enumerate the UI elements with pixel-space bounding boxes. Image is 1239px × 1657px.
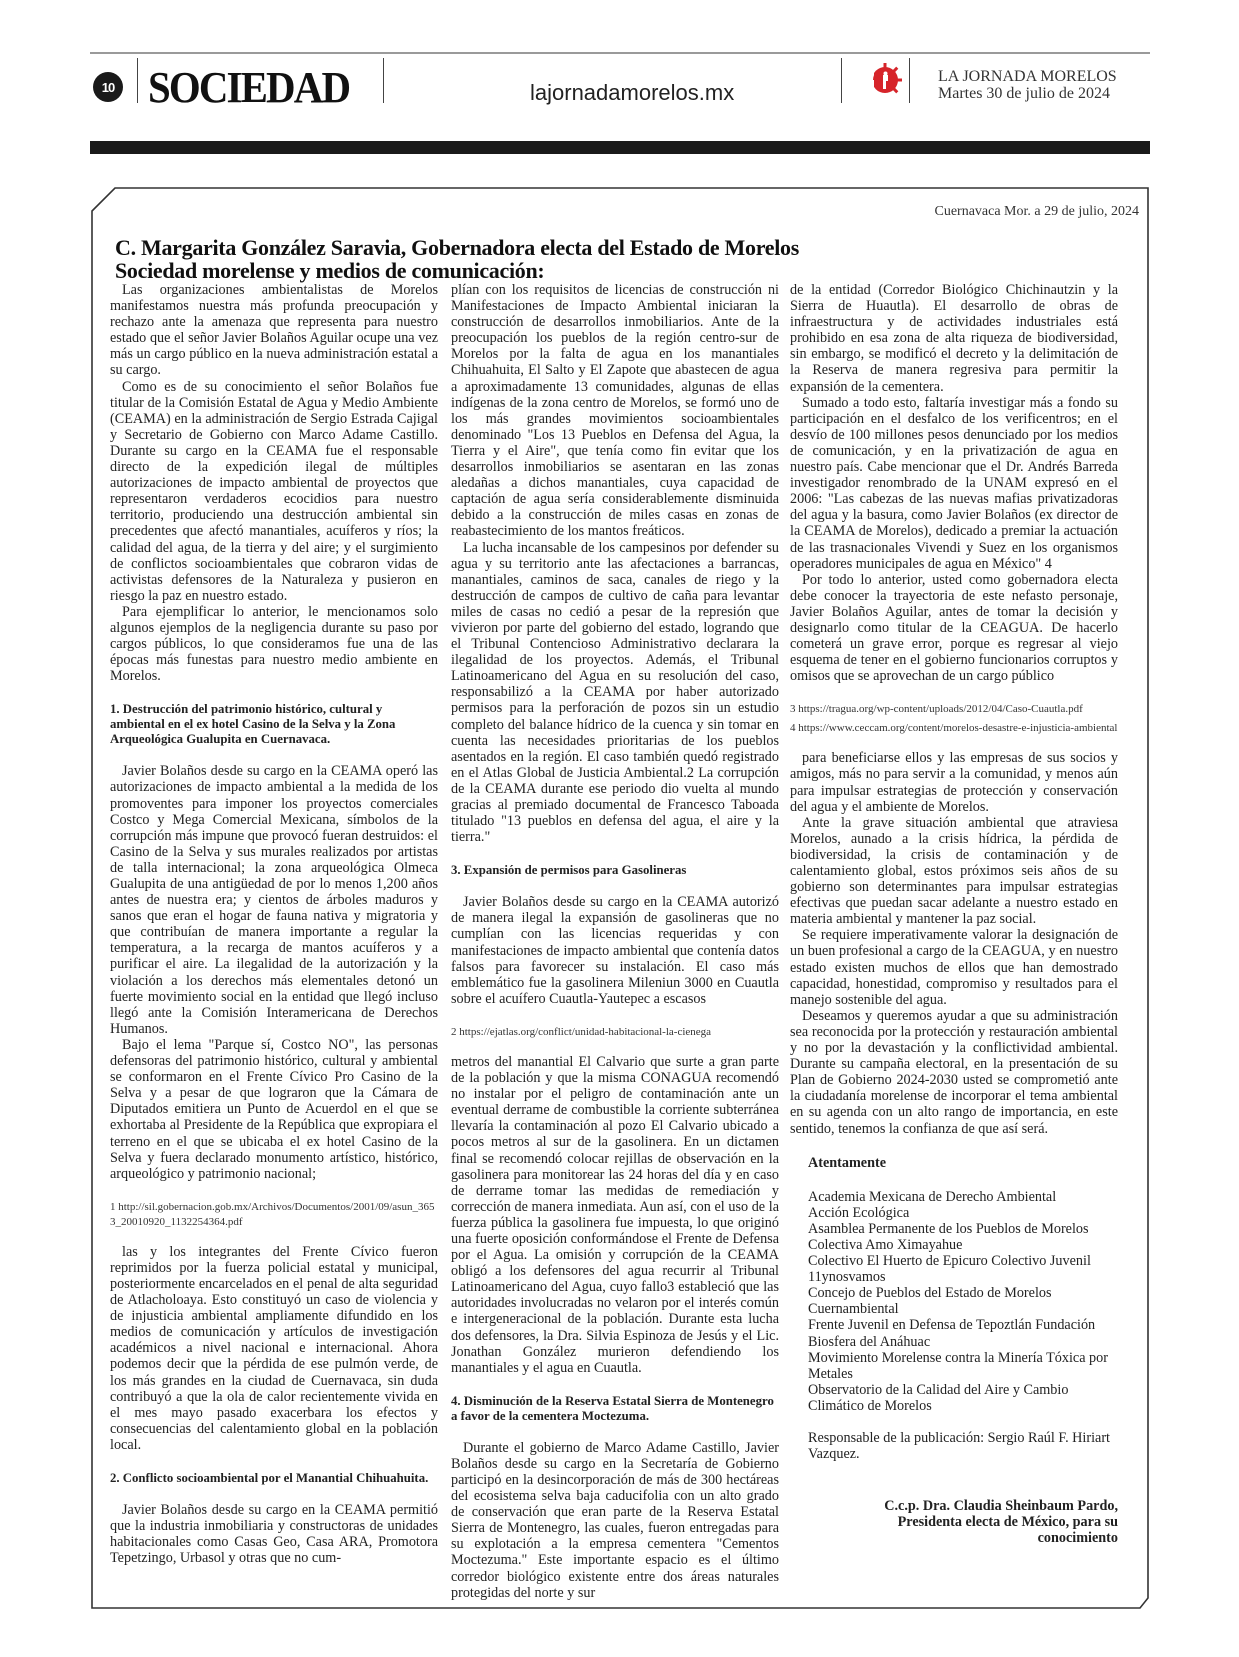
signatory: Frente Juvenil en Defensa de Tepoztlán F… (808, 1317, 1118, 1349)
header-divider (137, 58, 138, 103)
signatory: Movimiento Morelense contra la Minería T… (808, 1350, 1118, 1382)
signatory: Asamblea Permanente de los Pueblos de Mo… (808, 1221, 1118, 1253)
paragraph: Javier Bolaños desde su cargo en la CEAM… (110, 1502, 438, 1566)
header-divider (909, 58, 910, 103)
paragraph: Para ejemplificar lo anterior, le mencio… (110, 604, 438, 684)
paragraph: Las organizaciones ambientalistas de Mor… (110, 282, 438, 379)
text-column-2: plían con los requisitos de licencias de… (451, 282, 779, 1601)
footnote-1: 1 http://sil.gobernacion.gob.mx/Archivos… (110, 1200, 438, 1230)
paragraph: Javier Bolaños desde su cargo en la CEAM… (110, 763, 438, 1037)
signature-block: Atentamente Academia Mexicana de Derecho… (790, 1155, 1118, 1463)
signatory: Colectivo El Huerto de Epicuro Colectivo… (808, 1253, 1118, 1285)
paragraph: Como es de su conocimiento el señor Bola… (110, 379, 438, 604)
header-divider (841, 58, 842, 103)
paragraph: Por todo lo anterior, usted como goberna… (790, 572, 1118, 685)
brand-name: LA JORNADA MORELOS (938, 68, 1117, 85)
paragraph: La lucha incansable de los campesinos po… (451, 540, 779, 846)
subheading-2: 2. Conflicto socioambiental por el Manan… (110, 1471, 438, 1486)
jornada-logo-icon (866, 61, 904, 99)
header-divider (383, 58, 384, 103)
section-title: SOCIEDAD (148, 62, 349, 113)
signatory: Observatorio de la Calidad del Aire y Ca… (808, 1382, 1118, 1414)
footnote-2: 2 https://ejatlas.org/conflict/unidad-ha… (451, 1025, 779, 1040)
paragraph: Sumado a todo esto, faltaría investigar … (790, 395, 1118, 572)
paragraph: metros del manantial El Calvario que sur… (451, 1054, 779, 1376)
paragraph: Se requiere imperativamente valorar la d… (790, 927, 1118, 1007)
signatory: Acción Ecológica (808, 1205, 1118, 1221)
letter-headline: C. Margarita González Saravia, Gobernado… (115, 236, 799, 282)
paragraph: Durante el gobierno de Marco Adame Casti… (451, 1440, 779, 1601)
subheading-3: 3. Expansión de permisos para Gasolinera… (451, 863, 779, 878)
signatory: Academia Mexicana de Derecho Ambiental (808, 1189, 1118, 1205)
paragraph: Ante la grave situación ambiental que at… (790, 815, 1118, 928)
ccp-note: C.c.p. Dra. Claudia Sheinbaum Pardo, Pre… (790, 1498, 1118, 1546)
footnote-3: 3 https://tragua.org/wp-content/uploads/… (790, 702, 1118, 717)
dateline: Cuernavaca Mor. a 29 de julio, 2024 (934, 204, 1139, 220)
issue-date: Martes 30 de julio de 2024 (938, 85, 1117, 102)
publication-responsible: Responsable de la publicación: Sergio Ra… (808, 1430, 1118, 1462)
top-rule (90, 52, 1150, 54)
paragraph: Bajo el lema "Parque sí, Costco NO", las… (110, 1037, 438, 1182)
header-black-bar (90, 141, 1150, 154)
paragraph: para beneficiarse ellos y las empresas d… (790, 750, 1118, 814)
subheading-4: 4. Disminución de la Reserva Estatal Sie… (451, 1394, 779, 1424)
text-column-3: de la entidad (Corredor Biológico Chichi… (790, 282, 1118, 1546)
paragraph: las y los integrantes del Frente Cívico … (110, 1244, 438, 1453)
headline-line-1: C. Margarita González Saravia, Gobernado… (115, 236, 799, 259)
closing: Atentamente (808, 1155, 1118, 1171)
text-column-1: Las organizaciones ambientalistas de Mor… (110, 282, 438, 1566)
subheading-1: 1. Destrucción del patrimonio histórico,… (110, 702, 438, 747)
paragraph: Javier Bolaños desde su cargo en la CEAM… (451, 894, 779, 1007)
paragraph: de la entidad (Corredor Biológico Chichi… (790, 282, 1118, 395)
brand-block: LA JORNADA MORELOS Martes 30 de julio de… (938, 68, 1117, 102)
site-url-link[interactable]: lajornadamorelos.mx (530, 80, 734, 106)
page-number-badge: 10 (93, 72, 123, 102)
headline-line-2: Sociedad morelense y medios de comunicac… (115, 259, 799, 282)
paragraph: Deseamos y queremos ayudar a que su admi… (790, 1008, 1118, 1137)
footnote-4: 4 https://www.ceccam.org/content/morelos… (790, 721, 1118, 736)
paragraph: plían con los requisitos de licencias de… (451, 282, 779, 540)
signatory: Concejo de Pueblos del Estado de Morelos… (808, 1285, 1118, 1317)
